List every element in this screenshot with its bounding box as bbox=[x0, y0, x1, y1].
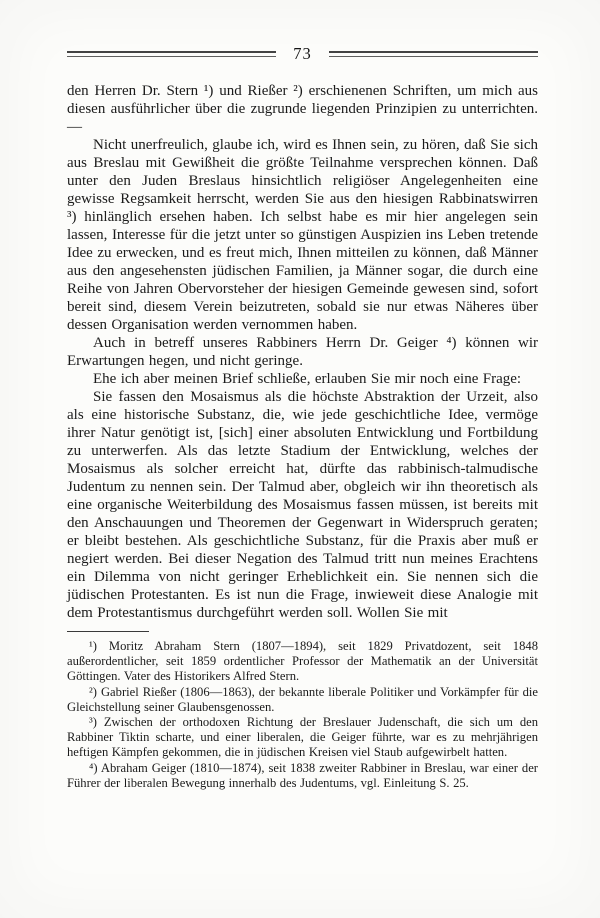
footnote-4: ⁴) Abraham Geiger (1810—1874), seit 1838… bbox=[67, 761, 538, 791]
footnotes-section: ¹) Moritz Abraham Stern (1807—1894), sei… bbox=[67, 639, 538, 791]
body-paragraph-continuation: den Herren Dr. Stern ¹) und Rießer ²) er… bbox=[67, 82, 538, 136]
body-paragraph: Nicht unerfreulich, glaube ich, wird es … bbox=[67, 136, 538, 334]
footnote-2: ²) Gabriel Rießer (1806—1863), der bekan… bbox=[67, 685, 538, 715]
page-number: 73 bbox=[276, 44, 329, 63]
page-header: 73 bbox=[67, 44, 538, 63]
letter-body: den Herren Dr. Stern ¹) und Rießer ²) er… bbox=[67, 82, 538, 622]
book-page-scan: 73 den Herren Dr. Stern ¹) und Rießer ²)… bbox=[0, 0, 600, 918]
body-paragraph: Ehe ich aber meinen Brief schließe, erla… bbox=[67, 370, 538, 388]
footnote-separator bbox=[67, 631, 149, 632]
body-paragraph: Sie fassen den Mosaismus als die höchste… bbox=[67, 388, 538, 622]
footnote-3: ³) Zwischen der orthodoxen Richtung der … bbox=[67, 715, 538, 761]
header-rule-right bbox=[329, 51, 538, 57]
body-paragraph: Auch in betreff unseres Rabbiners Herrn … bbox=[67, 334, 538, 370]
footnote-1: ¹) Moritz Abraham Stern (1807—1894), sei… bbox=[67, 639, 538, 685]
header-rule-left bbox=[67, 51, 276, 57]
